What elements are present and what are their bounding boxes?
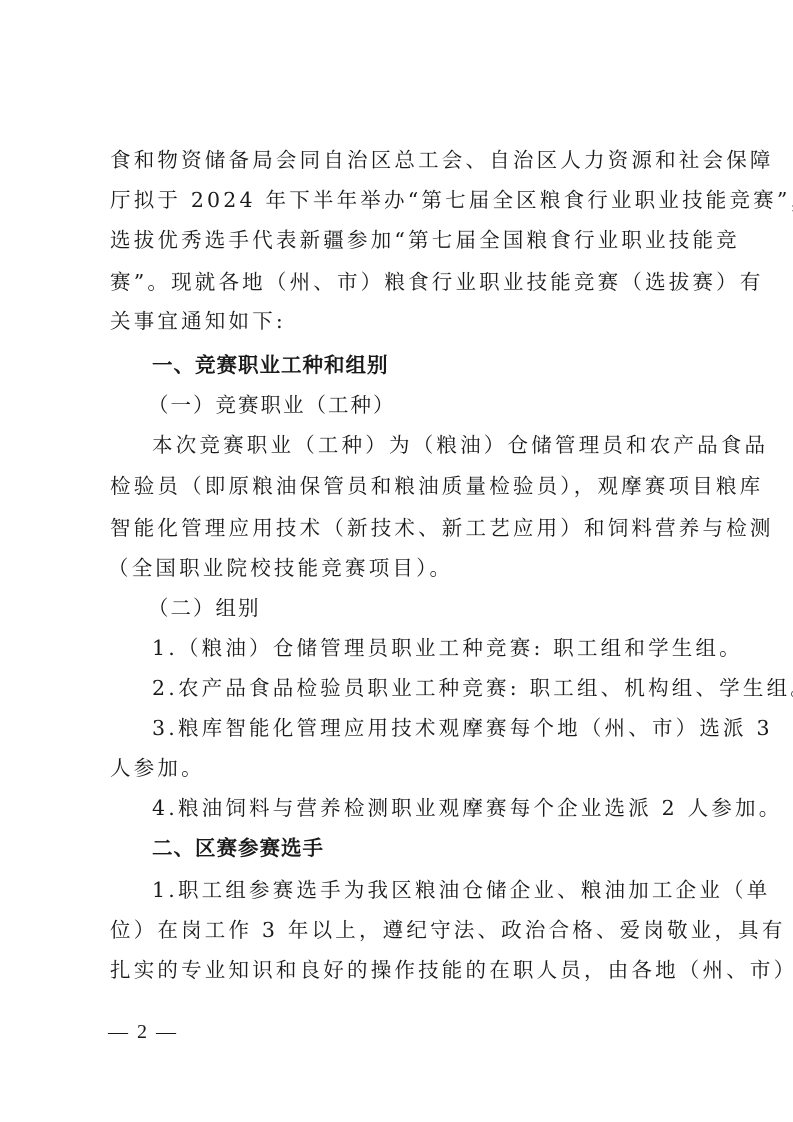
group-item-4: 4.粮油饲料与营养检测职业观摩赛每个企业选派 2 人参加。 bbox=[152, 794, 692, 822]
section2-line-1: 1.职工组参赛选手为我区粮油仓储企业、粮油加工企业（单 bbox=[152, 876, 692, 904]
intro-line-3: 选拔优秀选手代表新疆参加“第七届全国粮食行业职业技能竞 bbox=[110, 226, 692, 254]
intro-line-2: 厅拟于 2024 年下半年举办“第七届全区粮食行业职业技能竞赛”， bbox=[110, 186, 692, 214]
page-number: — 2 — bbox=[108, 1018, 178, 1046]
intro-line-1: 食和物资储备局会同自治区总工会、自治区人力资源和社会保障 bbox=[110, 146, 692, 174]
group-item-3: 3.粮库智能化管理应用技术观摩赛每个地（州、市）选派 3 bbox=[152, 714, 692, 742]
group-item-3-cont: 人参加。 bbox=[110, 754, 692, 782]
group-item-2: 2.农产品食品检验员职业工种竞赛: 职工组、机构组、学生组。 bbox=[152, 674, 692, 702]
section2-line-2: 位）在岗工作 3 年以上，遵纪守法、政治合格、爱岗敬业，具有 bbox=[110, 916, 692, 944]
group-item-1: 1.（粮油）仓储管理员职业工种竞赛: 职工组和学生组。 bbox=[152, 634, 692, 662]
subsection-heading-2: （二）组别 bbox=[148, 594, 688, 622]
section2-line-3: 扎实的专业知识和良好的操作技能的在职人员，由各地（州、市） bbox=[110, 956, 692, 984]
sub1-line-2: 检验员（即原粮油保管员和粮油质量检验员），观摩赛项目粮库 bbox=[110, 472, 692, 500]
intro-line-5: 关事宜通知如下: bbox=[110, 307, 692, 335]
sub1-line-4: （全国职业院校技能竞赛项目）。 bbox=[108, 554, 690, 582]
section-heading-2: 二、区赛参赛选手 bbox=[152, 834, 692, 862]
document-page: 食和物资储备局会同自治区总工会、自治区人力资源和社会保障 厅拟于 2024 年下… bbox=[0, 0, 793, 1122]
section-heading-1: 一、竞赛职业工种和组别 bbox=[152, 351, 692, 379]
sub1-line-1: 本次竞赛职业（工种）为（粮油）仓储管理员和农产品食品 bbox=[152, 431, 692, 459]
intro-line-4: 赛”。现就各地（州、市）粮食行业职业技能竞赛（选拔赛）有 bbox=[110, 268, 692, 296]
sub1-line-3: 智能化管理应用技术（新技术、新工艺应用）和饲料营养与检测 bbox=[110, 514, 692, 542]
subsection-heading-1: （一）竞赛职业（工种） bbox=[148, 391, 688, 419]
